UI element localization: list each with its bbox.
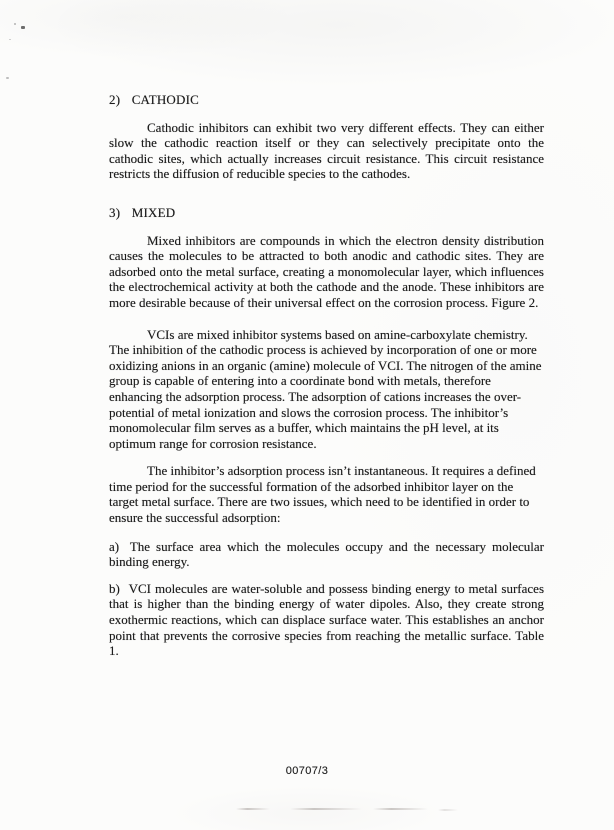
- section-number: 2): [109, 92, 120, 107]
- section-title: CATHODIC: [132, 92, 199, 107]
- section-heading-cathodic: 2) CATHODIC: [109, 92, 544, 108]
- list-item-marker: a): [109, 539, 119, 554]
- list-item-b: b) VCI molecules are water-soluble and p…: [109, 581, 544, 659]
- list-item-marker: b): [109, 581, 120, 596]
- section-heading-mixed: 3) MIXED: [109, 205, 544, 221]
- page-number-stamp: 00707/3: [0, 765, 614, 777]
- scanned-document-page: 2) CATHODIC Cathodic inhibitors can exhi…: [0, 0, 614, 830]
- scan-speck: [6, 77, 9, 79]
- section-title: MIXED: [132, 205, 176, 220]
- paragraph-adsorption-process: The inhibitor’s adsorption process isn’t…: [109, 463, 544, 525]
- section-number: 3): [109, 205, 120, 220]
- scan-speck: [14, 23, 16, 25]
- paragraph-vci-chemistry: VCIs are mixed inhibitor systems based o…: [109, 327, 544, 452]
- list-item-text: The surface area which the molecules occ…: [109, 539, 544, 570]
- scan-streak: [373, 808, 428, 810]
- document-body: 2) CATHODIC Cathodic inhibitors can exhi…: [109, 0, 544, 659]
- scan-streak: [236, 808, 270, 810]
- scan-streak: [290, 808, 362, 810]
- scan-streak: [438, 809, 458, 811]
- paragraph-cathodic: Cathodic inhibitors can exhibit two very…: [109, 120, 544, 182]
- scan-speck: [21, 26, 25, 29]
- list-item-text: VCI molecules are water-soluble and poss…: [109, 581, 544, 658]
- scan-speck: [9, 39, 11, 40]
- list-item-a: a) The surface area which the molecules …: [109, 539, 544, 570]
- paragraph-mixed-inhibitors: Mixed inhibitors are compounds in which …: [109, 233, 544, 311]
